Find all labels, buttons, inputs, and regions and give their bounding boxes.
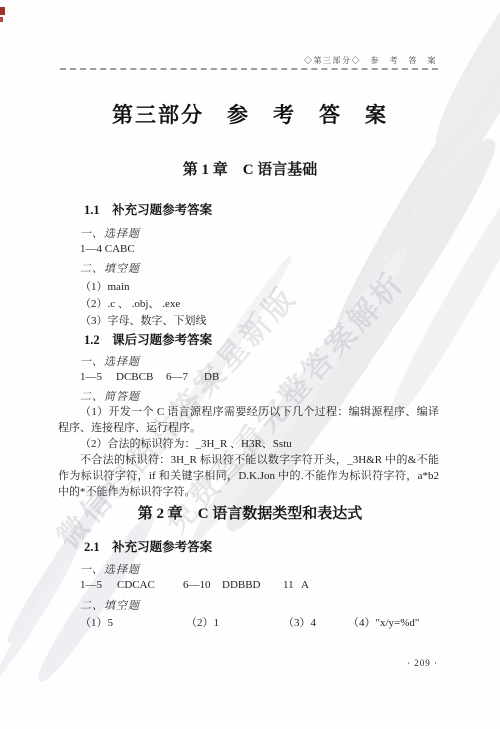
header-divider (60, 68, 438, 70)
section-2-1-heading: 2.1 补充习题参考答案 (84, 537, 212, 555)
answer-range: 11 (283, 579, 294, 591)
answer-paragraph: 不合法的标识符：3H_R 标识符不能以数字字符开头，_3H&R 中的&不能作为标… (58, 452, 439, 500)
answer-letters: DDBBD (222, 579, 261, 591)
answer-range: 1—5 (80, 371, 102, 383)
answer-line: 1—4 CABC (80, 243, 135, 255)
document-page: 微信扫图片答案星新版 免费查看完整答案解析 ◇第三部分◇ 参 考 答 案 第三部… (0, 0, 500, 729)
running-header: ◇第三部分◇ 参 考 答 案 (304, 55, 437, 66)
fill-blank-item: （2）.c 、 .obj、 .exe (80, 295, 180, 311)
answer-letters: A (301, 579, 309, 591)
fill-blank-item: （2）1 (186, 614, 219, 630)
page-content: ◇第三部分◇ 参 考 答 案 第三部分 参 考 答 案 第 1 章 C 语言基础… (0, 0, 500, 729)
page-title: 第三部分 参 考 答 案 (0, 99, 500, 129)
chapter1-title: 第 1 章 C 语言基础 (0, 158, 500, 179)
fill-blank-item: （3）4 (283, 614, 316, 630)
fill-blank-item: （4）"x/y=%d" (348, 614, 419, 630)
answer-letters: DB (204, 371, 219, 383)
question-type-label: 一、选择题 (80, 225, 140, 241)
answer-range: 1—5 (80, 579, 102, 591)
answer-range: 6—7 (166, 371, 188, 383)
answer-paragraph: （1）开发一个 C 语言源程序需要经历以下几个过程：编辑源程序、编译程序、连接程… (58, 404, 439, 436)
answer-range: 6—10 (183, 579, 211, 591)
section-1-2-heading: 1.2 课后习题参考答案 (84, 330, 212, 348)
fill-blank-item: （3）字母、数字、下划线 (80, 312, 207, 328)
question-type-label: 二、简答题 (80, 388, 140, 404)
question-type-label: 二、填空题 (80, 260, 140, 276)
question-type-label: 一、选择题 (80, 353, 140, 369)
chapter2-title: 第 2 章 C 语言数据类型和表达式 (0, 502, 500, 523)
answer-letters: DCBCB (116, 371, 153, 383)
question-type-label: 一、选择题 (80, 561, 140, 577)
fill-blank-item: （1）main (80, 278, 130, 294)
answer-paragraph: （2）合法的标识符为：_3H_R 、H3R、Sstu (58, 436, 439, 452)
question-type-label: 二、填空题 (80, 597, 140, 613)
section-1-1-heading: 1.1 补充习题参考答案 (84, 200, 212, 218)
answer-letters: CDCAC (117, 579, 155, 591)
fill-blank-item: （1）5 (80, 614, 113, 630)
page-number: · 209 · (407, 658, 438, 668)
